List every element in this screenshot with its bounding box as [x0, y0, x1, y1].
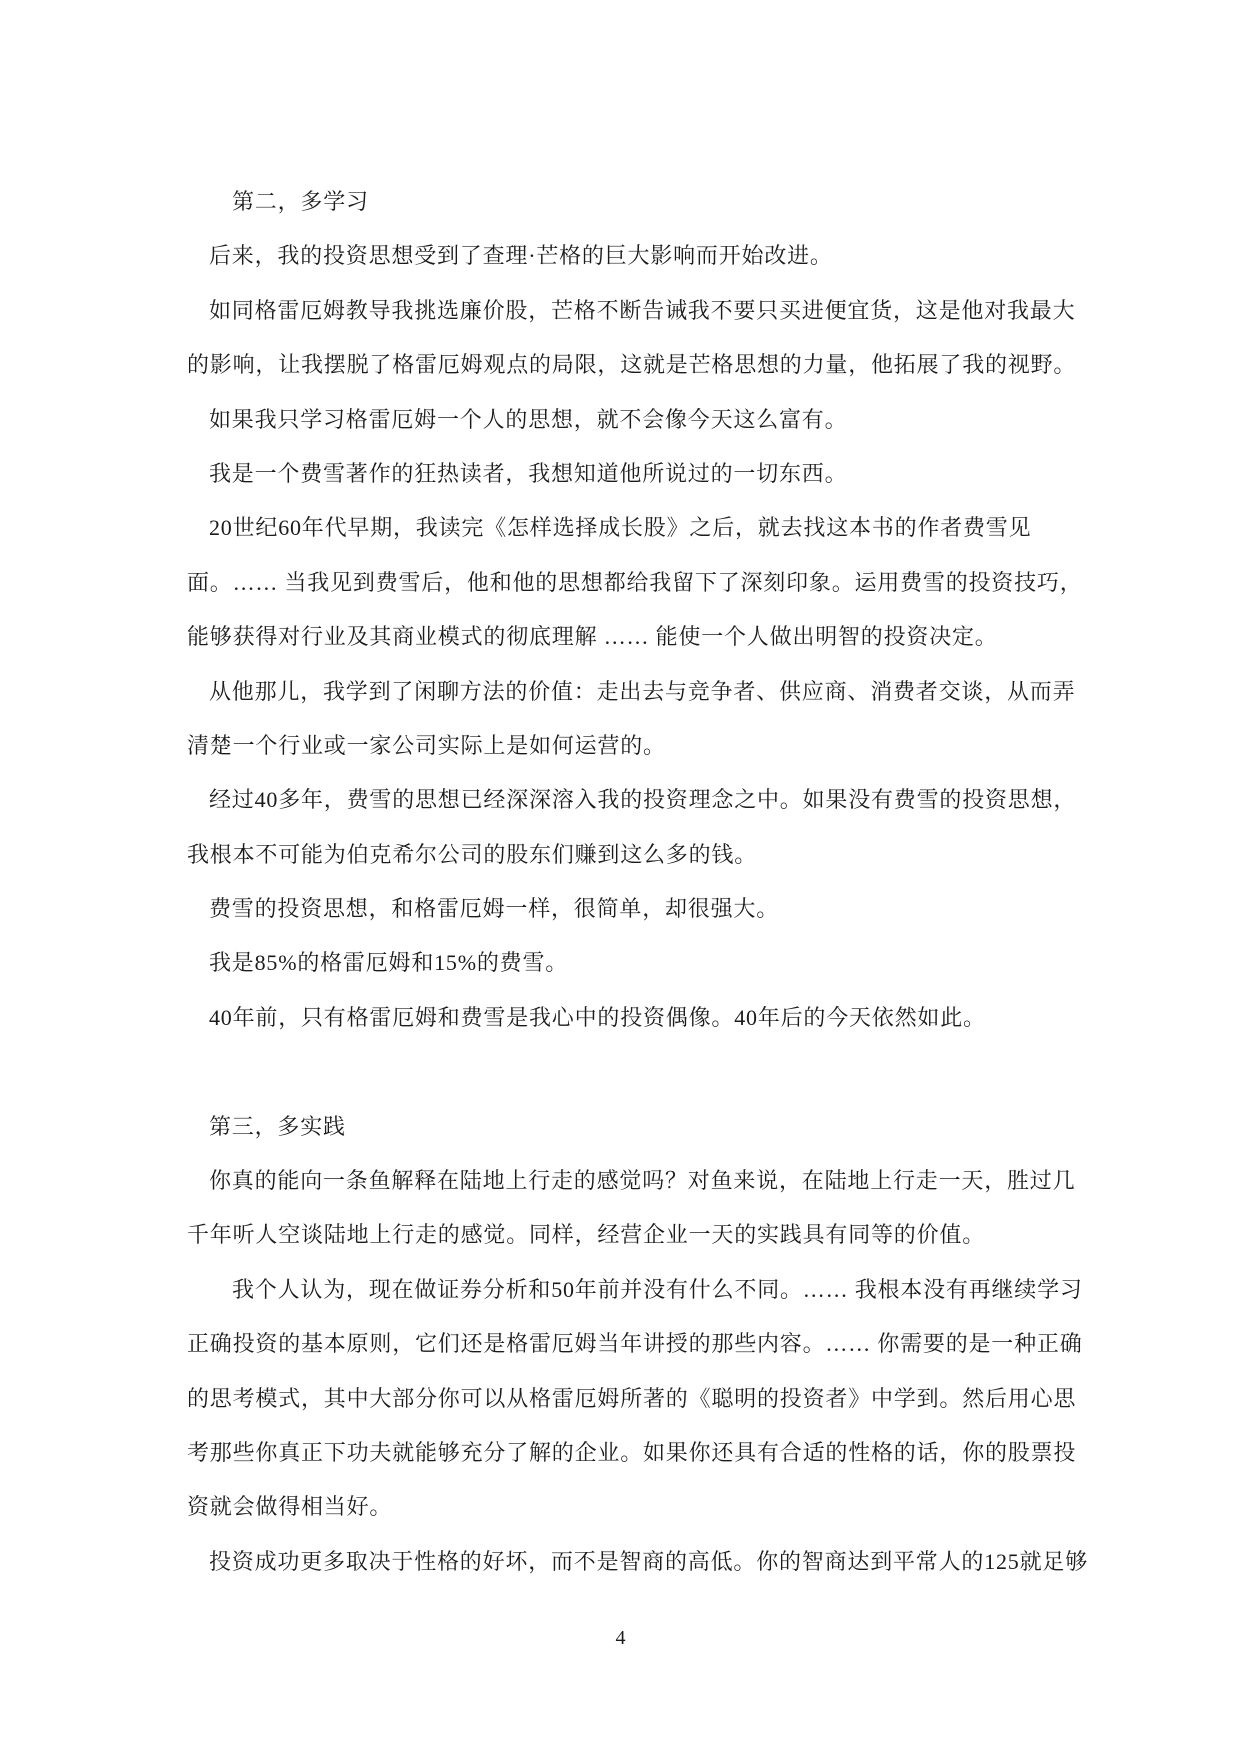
body-line: 如果我只学习格雷厄姆一个人的思想，就不会像今天这么富有。 — [187, 393, 1067, 447]
body-line: 考那些你真正下功夫就能够充分了解的企业。如果你还具有合适的性格的话，你的股票投 — [187, 1426, 1067, 1480]
body-line: 从他那儿，我学到了闲聊方法的价值：走出去与竞争者、供应商、消费者交谈，从而弄 — [187, 665, 1067, 719]
body-line: 我是一个费雪著作的狂热读者，我想知道他所说过的一切东西。 — [187, 447, 1067, 501]
body-line: 的影响，让我摆脱了格雷厄姆观点的局限，这就是芒格思想的力量，他拓展了我的视野。 — [187, 338, 1067, 392]
document-page: 第二，多学习 后来，我的投资思想受到了查理·芒格的巨大影响而开始改进。 如同格雷… — [0, 0, 1241, 1754]
page-number: 4 — [0, 1623, 1241, 1653]
body-line: 后来，我的投资思想受到了查理·芒格的巨大影响而开始改进。 — [187, 229, 1067, 283]
body-line: 40年前，只有格雷厄姆和费雪是我心中的投资偶像。40年后的今天依然如此。 — [187, 991, 1067, 1045]
body-line: 正确投资的基本原则，它们还是格雷厄姆当年讲授的那些内容。…… 你需要的是一种正确 — [187, 1317, 1067, 1371]
blank-line — [187, 1045, 1067, 1099]
body-line: 20世纪60年代早期，我读完《怎样选择成长股》之后，就去找这本书的作者费雪见 — [187, 501, 1067, 555]
body-line: 能够获得对行业及其商业模式的彻底理解 …… 能使一个人做出明智的投资决定。 — [187, 610, 1067, 664]
body-line: 我根本不可能为伯克希尔公司的股东们赚到这么多的钱。 — [187, 828, 1067, 882]
body-line: 的思考模式，其中大部分你可以从格雷厄姆所著的《聪明的投资者》中学到。然后用心思 — [187, 1372, 1067, 1426]
body-line: 面。…… 当我见到费雪后，他和他的思想都给我留下了深刻印象。运用费雪的投资技巧， — [187, 556, 1067, 610]
body-line: 经过40多年，费雪的思想已经深深溶入我的投资理念之中。如果没有费雪的投资思想， — [187, 773, 1067, 827]
body-line: 清楚一个行业或一家公司实际上是如何运营的。 — [187, 719, 1067, 773]
body-line: 我是85%的格雷厄姆和15%的费雪。 — [187, 936, 1067, 990]
section-heading: 第三，多实践 — [187, 1100, 1067, 1154]
body-line: 费雪的投资思想，和格雷厄姆一样，很简单，却很强大。 — [187, 882, 1067, 936]
body-line: 资就会做得相当好。 — [187, 1480, 1067, 1534]
body-line: 投资成功更多取决于性格的好坏，而不是智商的高低。你的智商达到平常人的125就足够 — [187, 1535, 1067, 1589]
document-body: 第二，多学习 后来，我的投资思想受到了查理·芒格的巨大影响而开始改进。 如同格雷… — [187, 175, 1067, 1589]
section-heading: 第二，多学习 — [187, 175, 1067, 229]
body-line: 我个人认为，现在做证券分析和50年前并没有什么不同。…… 我根本没有再继续学习 — [187, 1263, 1067, 1317]
body-line: 你真的能向一条鱼解释在陆地上行走的感觉吗？对鱼来说，在陆地上行走一天，胜过几 — [187, 1154, 1067, 1208]
body-line: 千年听人空谈陆地上行走的感觉。同样，经营企业一天的实践具有同等的价值。 — [187, 1208, 1067, 1262]
body-line: 如同格雷厄姆教导我挑选廉价股，芒格不断告诫我不要只买进便宜货，这是他对我最大 — [187, 284, 1067, 338]
